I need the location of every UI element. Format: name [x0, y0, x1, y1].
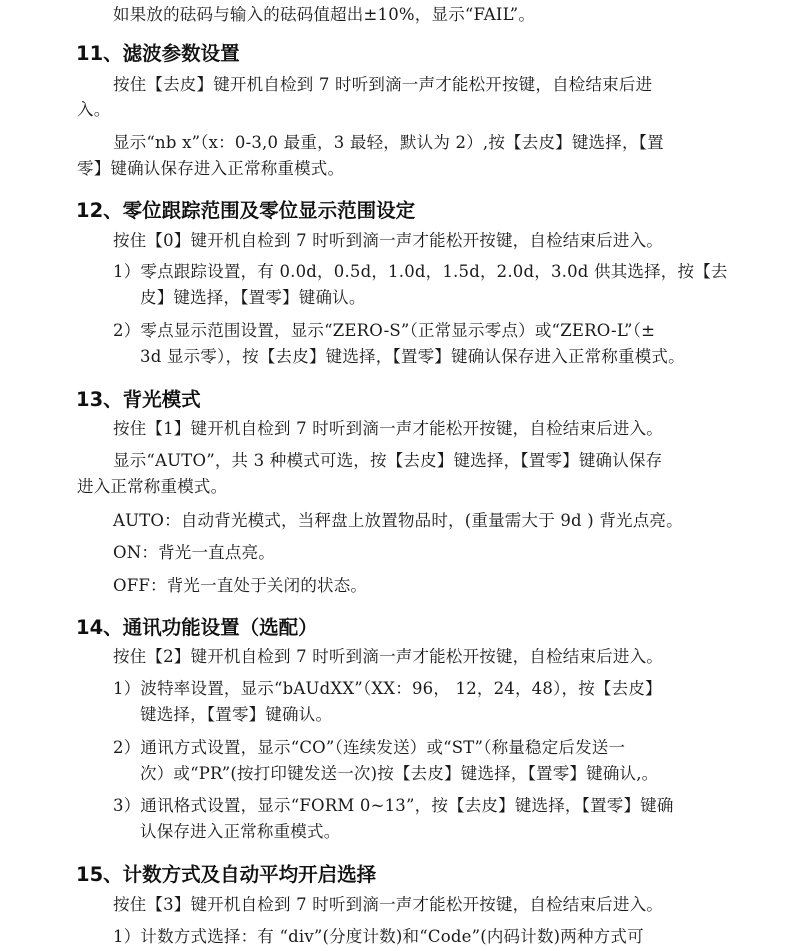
section-12-heading: 12、零位跟踪范围及零位显示范围设定	[76, 198, 415, 224]
section-13-auto-mode: AUTO：自动背光模式，当秤盘上放置物品时，(重量需大于 9d ) 背光点亮。	[113, 510, 683, 532]
section-14-list-item-3: 3）通讯格式设置，显示“FORM 0~13”，按【去皮】键选择，【置零】键确	[113, 795, 674, 817]
section-11-line: 显示“nb x”（x：0-3,0 最重，3 最轻，默认为 2）,按【去皮】键选择…	[113, 132, 664, 154]
section-14-line: 按住【2】键开机自检到 7 时听到滴一声才能松开按键，自检结束后进入。	[113, 646, 663, 668]
section-13-heading: 13、背光模式	[76, 387, 201, 413]
intro-paragraph: 如果放的砝码与输入的砝码值超出±10%，显示“FAIL”。	[113, 4, 535, 26]
section-12-line: 按住【0】键开机自检到 7 时听到滴一声才能松开按键，自检结束后进入。	[113, 230, 663, 252]
section-14-heading: 14、通讯功能设置（选配）	[76, 615, 318, 641]
section-14-list-item-3-cont: 认保存进入正常称重模式。	[140, 821, 340, 843]
section-11-line: 入。	[77, 99, 110, 121]
section-13-line: 按住【1】键开机自检到 7 时听到滴一声才能松开按键，自检结束后进入。	[113, 418, 663, 440]
section-15-list-item-1: 1）计数方式选择：有 “div”(分度计数)和“Code”(内码计数)两种方式可	[113, 926, 644, 948]
section-14-list-item-1-cont: 键选择，【置零】键确认。	[140, 704, 332, 726]
section-14-list-item-2-cont: 次）或“PR”(按打印键发送一次)按【去皮】键选择，【置零】键确认,。	[140, 763, 658, 785]
section-11-heading: 11、滤波参数设置	[76, 41, 240, 67]
section-13-off-mode: OFF：背光一直处于关闭的状态。	[113, 575, 367, 597]
section-12-list-item-1: 1）零点跟踪设置，有 0.0d，0.5d，1.0d，1.5d，2.0d，3.0d…	[113, 261, 728, 283]
section-15-line: 按住【3】键开机自检到 7 时听到滴一声才能松开按键，自检结束后进入。	[113, 894, 663, 916]
section-15-heading: 15、计数方式及自动平均开启选择	[76, 862, 376, 888]
section-11-line: 按住【去皮】键开机自检到 7 时听到滴一声才能松开按键，自检结束后进	[113, 74, 652, 96]
section-14-list-item-1: 1）波特率设置，显示“bAUdXX”（XX：96， 12，24，48），按【去皮…	[113, 678, 662, 700]
section-14-list-item-2: 2）通讯方式设置，显示“CO”（连续发送）或“ST”（称量稳定后发送一	[113, 737, 625, 759]
section-12-list-item-2-cont: 3d 显示零），按【去皮】键选择，【置零】键确认保存进入正常称重模式。	[140, 346, 685, 368]
section-12-list-item-1-cont: 皮】键选择，【置零】键确认。	[140, 287, 366, 309]
section-13-on-mode: ON：背光一直点亮。	[113, 542, 275, 564]
section-12-list-item-2: 2）零点显示范围设置，显示“ZERO-S”（正常显示零点）或“ZERO-L”（±	[113, 320, 655, 342]
section-13-line: 进入正常称重模式。	[77, 476, 227, 498]
section-13-line: 显示“AUTO”，共 3 种模式可选，按【去皮】键选择，【置零】键确认保存	[113, 450, 662, 472]
section-11-line: 零】键确认保存进入正常称重模式。	[77, 158, 344, 180]
